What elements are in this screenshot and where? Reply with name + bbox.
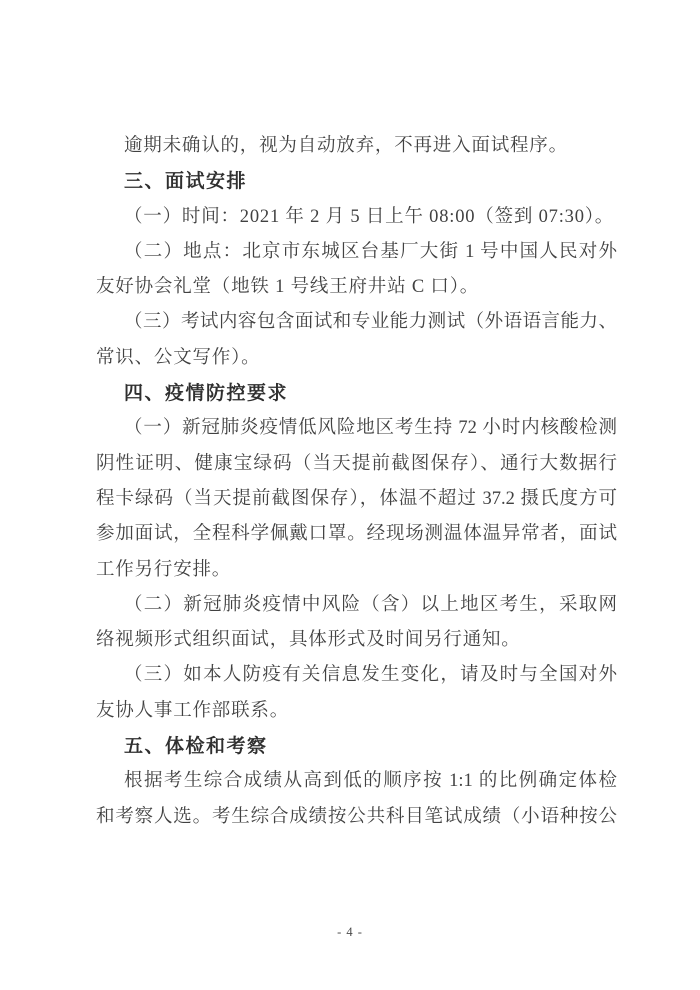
page-number: - 4 - [0,925,700,940]
text-line: 工作另行安排。 [96,553,617,588]
text-line: （二）新冠肺炎疫情中风险（含）以上地区考生，采取网 [96,588,617,623]
text-line: 友好协会礼堂（地铁 1 号线王府井站 C 口）。 [96,270,617,305]
text-line: 根据考生综合成绩从高到低的顺序按 1:1 的比例确定体检 [96,764,617,799]
text-line: （一）时间：2021 年 2 月 5 日上午 08:00（签到 07:30）。 [96,200,617,235]
section-heading: 四、疫情防控要求 [96,376,617,411]
text-line: 络视频形式组织面试，具体形式及时间另行通知。 [96,623,617,658]
text-line: （三）考试内容包含面试和专业能力测试（外语语言能力、 [96,305,617,340]
section-heading: 三、面试安排 [96,164,617,199]
text-line: 和考察人选。考生综合成绩按公共科目笔试成绩（小语种按公 [96,800,617,835]
text-line: 逾期未确认的，视为自动放弃，不再进入面试程序。 [96,129,617,164]
document-body: 逾期未确认的，视为自动放弃，不再进入面试程序。三、面试安排（一）时间：2021 … [96,129,617,835]
text-line: （一）新冠肺炎疫情低风险地区考生持 72 小时内核酸检测 [96,411,617,446]
text-line: 常识、公文写作）。 [96,341,617,376]
document-page: 逾期未确认的，视为自动放弃，不再进入面试程序。三、面试安排（一）时间：2021 … [0,0,700,990]
text-line: 友协人事工作部联系。 [96,694,617,729]
text-line: （三）如本人防疫有关信息发生变化，请及时与全国对外 [96,658,617,693]
text-line: 参加面试，全程科学佩戴口罩。经现场测温体温异常者，面试 [96,517,617,552]
text-line: （二）地点：北京市东城区台基厂大街 1 号中国人民对外 [96,235,617,270]
section-heading: 五、体检和考察 [96,729,617,764]
text-line: 程卡绿码（当天提前截图保存），体温不超过 37.2 摄氏度方可 [96,482,617,517]
text-line: 阴性证明、健康宝绿码（当天提前截图保存）、通行大数据行 [96,447,617,482]
